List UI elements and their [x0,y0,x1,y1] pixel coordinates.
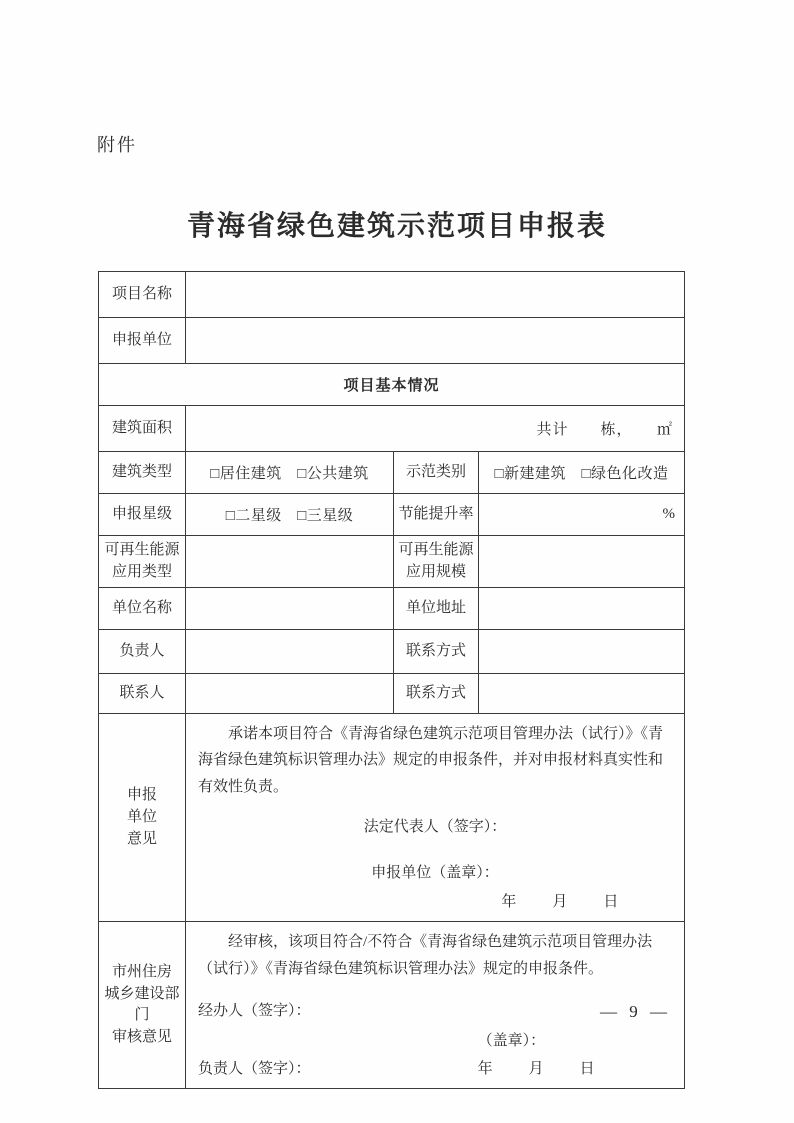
row-unit-name: 单位名称 单位地址 [99,588,685,630]
row-basic-info-header: 项目基本情况 [99,364,685,406]
attachment-label: 附件 [0,0,794,157]
review-opinion-statement: 经审核，该项目符合/不符合《青海省绿色建筑示范项目管理办法（试行）》《青海省绿色… [198,929,672,982]
row-building-area: 建筑面积 共计 栋， ㎡ [99,406,685,452]
applicant-unit-value-cell [186,318,685,364]
row-building-type: 建筑类型 □居住建筑 □公共建筑 示范类别 □新建建筑 □绿色化改造 [99,452,685,494]
demo-category-options: □新建建筑 □绿色化改造 [479,452,685,494]
renewable-scale-value-cell [479,536,685,588]
person-in-charge-label: 负责人 [99,630,186,674]
contact-person-value-cell [186,674,394,714]
renewable-type-value-cell [186,536,394,588]
applicant-opinion-label: 申报 单位 意见 [99,714,186,922]
contact-method-value-cell-2 [479,674,685,714]
project-name-value-cell [186,272,685,318]
legal-rep-signature-line: 法定代表人（签字）： [198,815,672,841]
contact-method-value-cell-1 [479,630,685,674]
review-opinion-label: 市州住房 城乡建设部门 审核意见 [99,922,186,1089]
applicant-opinion-cell: 承诺本项目符合《青海省绿色建筑示范项目管理办法（试行）》《青海省绿色建筑标识管理… [186,714,685,922]
row-renewable-energy: 可再生能源 应用类型 可再生能源 应用规模 [99,536,685,588]
applicant-unit-seal-line: 申报单位（盖章）： [198,861,672,887]
energy-rate-value-cell: % [479,494,685,536]
unit-name-value-cell [186,588,394,630]
responsible-signature-line: 负责人（签字）： 年 月 日 [198,1057,672,1083]
review-opinion-date-line: 年 月 日 [478,1057,597,1083]
application-form-table: 项目名称 申报单位 项目基本情况 建筑面积 共计 栋， ㎡ 建筑类型 □居住建筑… [98,271,685,1089]
renewable-type-label: 可再生能源 应用类型 [99,536,186,588]
unit-address-label: 单位地址 [394,588,479,630]
building-area-value-cell: 共计 栋， ㎡ [186,406,685,452]
contact-method-label-2: 联系方式 [394,674,479,714]
row-review-opinion: 市州住房 城乡建设部门 审核意见 经审核，该项目符合/不符合《青海省绿色建筑示范… [99,922,685,1089]
page-title: 青海省绿色建筑示范项目申报表 [0,204,794,244]
building-type-label: 建筑类型 [99,452,186,494]
responsible-signature-label: 负责人（签字）： [198,1061,311,1077]
demo-category-label: 示范类别 [394,452,479,494]
row-project-name: 项目名称 [99,272,685,318]
applicant-unit-label: 申报单位 [99,318,186,364]
contact-person-label: 联系人 [99,674,186,714]
applicant-opinion-date-line: 年 月 日 [501,890,672,916]
row-contact-person: 联系人 联系方式 [99,674,685,714]
building-area-label: 建筑面积 [99,406,186,452]
applicant-opinion-statement: 承诺本项目符合《青海省绿色建筑示范项目管理办法（试行）》《青海省绿色建筑标识管理… [198,721,672,800]
page-number: — 9 — [600,1002,671,1022]
energy-rate-label: 节能提升率 [394,494,479,536]
unit-address-value-cell [479,588,685,630]
person-in-charge-value-cell [186,630,394,674]
basic-info-header: 项目基本情况 [99,364,685,406]
row-star-level: 申报星级 □二星级 □三星级 节能提升率 % [99,494,685,536]
unit-name-label: 单位名称 [99,588,186,630]
star-level-options: □二星级 □三星级 [186,494,394,536]
review-seal-line: （盖章）： [478,1029,672,1055]
row-person-in-charge: 负责人 联系方式 [99,630,685,674]
row-applicant-opinion: 申报 单位 意见 承诺本项目符合《青海省绿色建筑示范项目管理办法（试行）》《青海… [99,714,685,922]
document-page: 附件 青海省绿色建筑示范项目申报表 项目名称 申报单位 项目基本情况 建筑面积 … [0,0,794,1123]
project-name-label: 项目名称 [99,272,186,318]
star-level-label: 申报星级 [99,494,186,536]
renewable-scale-label: 可再生能源 应用规模 [394,536,479,588]
building-type-options: □居住建筑 □公共建筑 [186,452,394,494]
row-applicant-unit: 申报单位 [99,318,685,364]
contact-method-label-1: 联系方式 [394,630,479,674]
